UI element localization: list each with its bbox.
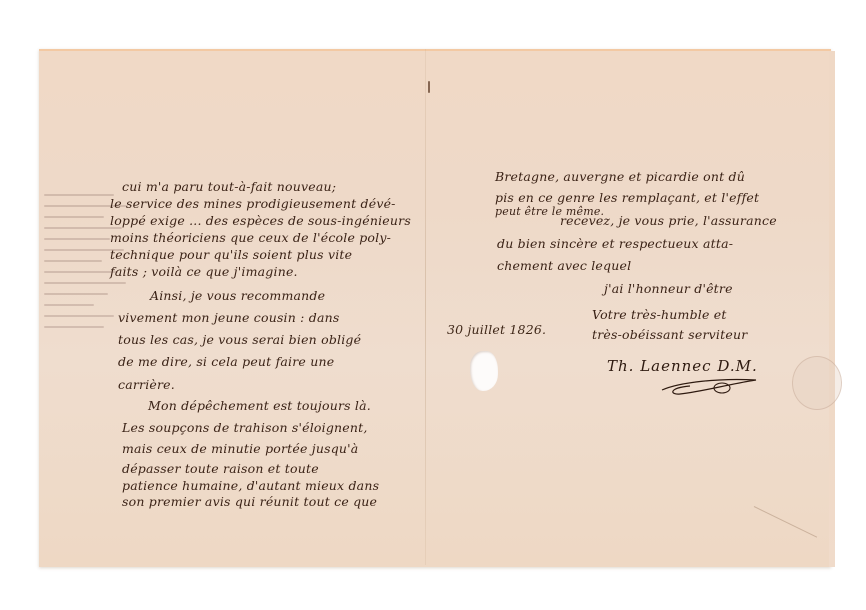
text-line: mais ceux de minutie portée jusqu'à: [122, 441, 358, 456]
center-fold: [425, 49, 426, 565]
letter-photo: cui m'a paru tout-à-fait nouveau; le ser…: [0, 0, 866, 610]
text-line: loppé exige ... des espèces de sous-ingé…: [110, 213, 411, 228]
text-line: son premier avis qui réunit tout ce que: [122, 494, 377, 509]
closing-line: Votre très-humble et: [592, 307, 727, 322]
text-line: technique pour qu'ils soient plus vite: [110, 247, 352, 262]
text-line: dépasser toute raison et toute: [122, 461, 319, 476]
closing-line: très-obéissant serviteur: [592, 327, 747, 342]
paper-hole: [470, 351, 498, 391]
text-line: chement avec lequel: [497, 258, 631, 273]
text-line: moins théoriciens que ceux de l'école po…: [110, 230, 391, 245]
text-line: cui m'a paru tout-à-fait nouveau;: [122, 179, 336, 194]
text-line: patience humaine, d'autant mieux dans: [122, 478, 379, 493]
faint-note: ...: [284, 493, 294, 504]
text-line: de me dire, si cela peut faire une: [118, 354, 334, 369]
text-line: tous les cas, je vous serai bien obligé: [118, 332, 361, 347]
text-line: faits ; voilà ce que j'imagine.: [110, 264, 298, 279]
text-line: vivement mon jeune cousin : dans: [118, 310, 339, 325]
closing-line: j'ai l'honneur d'être: [604, 281, 733, 296]
text-line: Mon dépêchement est toujours là.: [148, 398, 371, 413]
text-line: pis en ce genre les remplaçant, et l'eff…: [495, 190, 759, 205]
text-line: Bretagne, auvergne et picardie ont dû: [495, 169, 745, 184]
paper-stain: [792, 356, 842, 410]
signature-flourish-icon: [660, 370, 760, 396]
text-line: Les soupçons de trahison s'éloignent,: [122, 420, 368, 435]
text-line: du bien sincère et respectueux atta-: [497, 236, 733, 251]
letter-date: 30 juillet 1826.: [447, 322, 546, 337]
text-line: recevez, je vous prie, l'assurance: [560, 213, 777, 228]
text-line: Ainsi, je vous recommande: [150, 288, 325, 303]
paper-edge: [829, 51, 835, 567]
text-line: le service des mines prodigieusement dév…: [110, 196, 396, 211]
text-line: carrière.: [118, 377, 175, 392]
ink-mark: [428, 81, 430, 93]
